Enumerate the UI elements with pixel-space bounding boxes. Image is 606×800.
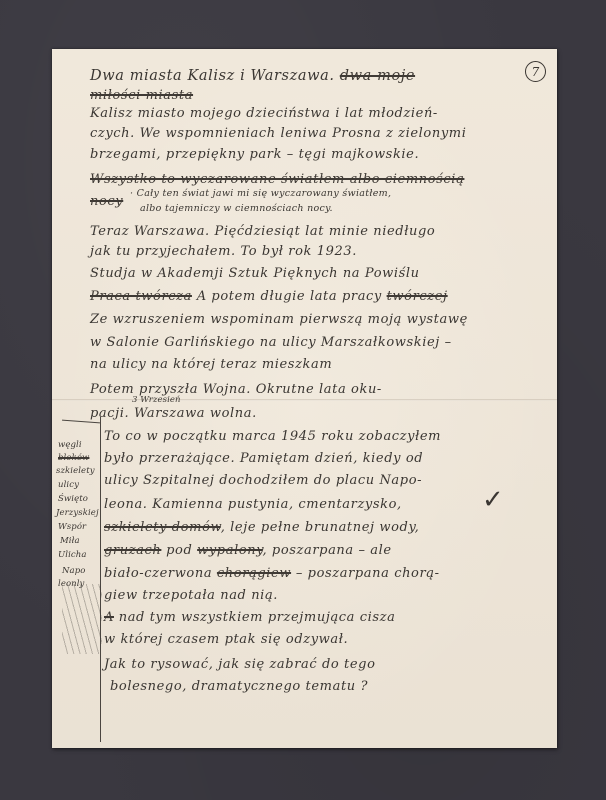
paper-fold-line xyxy=(52,399,557,401)
handwritten-line: Kalisz miasto mojego dzieciństwa i lat m… xyxy=(90,107,438,120)
handwritten-line: czych. We wspomnieniach leniwa Prosna z … xyxy=(90,127,466,140)
handwritten-line: Jak to rysować, jak się zabrać do tego xyxy=(104,658,376,671)
handwritten-insert-line: albo tajemniczy w ciemnościach nocy. xyxy=(140,204,333,214)
margin-note-word: leonly xyxy=(58,580,84,589)
handwritten-line: miłości miasta xyxy=(90,89,193,102)
handwritten-line: w której czasem ptak się odzywał. xyxy=(104,633,348,646)
struck-text: Praca twórcza xyxy=(90,289,192,304)
struck-text: nocy xyxy=(90,194,123,209)
handwritten-line: giew trzepotała nad nią. xyxy=(104,589,278,602)
margin-note-word: bloków xyxy=(58,454,89,463)
margin-note-word: węgli xyxy=(58,441,82,450)
handwritten-line: Praca twórcza A potem długie lata pracy … xyxy=(90,290,448,303)
handwritten-line: szkielety domów, leje pełne brunatnej wo… xyxy=(104,521,419,534)
handwritten-line: Ze wzruszeniem wspominam pierwszą moją w… xyxy=(90,313,468,326)
handwritten-line: brzegami, przepiękny park – tęgi majkows… xyxy=(90,148,419,161)
struck-text: twórczej xyxy=(387,289,448,304)
handwritten-line: nocy xyxy=(90,195,123,208)
struck-text: Wszystko to wyczarowane światłem albo ci… xyxy=(90,172,464,187)
handwritten-line: w Salonie Garlińskiego na ulicy Marszałk… xyxy=(90,336,452,349)
margin-note-word: Ulicha xyxy=(58,551,87,560)
handwritten-line: bolesnego, dramatycznego tematu ? xyxy=(110,680,368,693)
handwritten-line: Wszystko to wyczarowane światłem albo ci… xyxy=(90,173,464,186)
margin-note-word: Wspór xyxy=(58,523,86,532)
handwritten-line: leona. Kamienna pustynia, cmentarzysko, xyxy=(104,498,402,511)
margin-note-word: ulicy xyxy=(58,481,79,490)
margin-scribble xyxy=(62,584,102,654)
checkmark-icon: ✓ xyxy=(482,485,504,515)
margin-note-word: szkielety xyxy=(56,467,95,476)
handwritten-insert: 3 Wrzesień xyxy=(132,396,181,405)
struck-text: miłości miasta xyxy=(90,88,193,103)
handwritten-line: jak tu przyjechałem. To był rok 1923. xyxy=(90,245,357,258)
handwritten-line: biało-czerwona chorągiew – poszarpana ch… xyxy=(104,567,440,580)
handwritten-line: To co w początku marca 1945 roku zobaczy… xyxy=(104,430,441,443)
struck-text: szkielety domów xyxy=(104,520,221,535)
handwritten-line: Teraz Warszawa. Pięćdziesiąt lat minie n… xyxy=(90,225,435,238)
struck-text: gruzach xyxy=(104,543,161,558)
margin-note-word: Napo xyxy=(62,567,85,576)
manuscript-sheet: 7 Dwa miasta Kalisz i Warszawa. dwa moje… xyxy=(52,49,557,748)
struck-text: chorągiew xyxy=(217,566,291,581)
handwritten-line: ulicy Szpitalnej dochodziłem do placu Na… xyxy=(104,474,422,487)
struck-text: dwa moje xyxy=(340,68,415,84)
margin-note-word: Miła xyxy=(60,537,80,546)
margin-note-word: Święto xyxy=(58,495,88,504)
struck-text: A xyxy=(104,610,114,625)
handwritten-line: pacji. Warszawa wolna. xyxy=(90,407,257,420)
margin-note-word: Jerzyskiej xyxy=(56,509,99,518)
handwritten-line: gruzach pod wypalony, poszarpana – ale xyxy=(104,544,392,557)
handwritten-line: Studja w Akademji Sztuk Pięknych na Powi… xyxy=(90,267,420,280)
handwritten-line: A nad tym wszystkiem przejmująca cisza xyxy=(104,611,395,624)
struck-text: wypalony xyxy=(197,543,262,558)
handwritten-line: na ulicy na której teraz mieszkam xyxy=(90,358,332,371)
handwritten-insert-line: · Cały ten świat jawi mi się wyczarowany… xyxy=(130,189,391,199)
handwritten-title-line: Dwa miasta Kalisz i Warszawa. dwa moje xyxy=(90,69,415,84)
page-number-circle: 7 xyxy=(525,61,546,82)
page-number: 7 xyxy=(532,65,540,79)
handwritten-line: było przerażające. Pamiętam dzień, kiedy… xyxy=(104,452,423,465)
margin-bracket-line xyxy=(100,417,101,742)
